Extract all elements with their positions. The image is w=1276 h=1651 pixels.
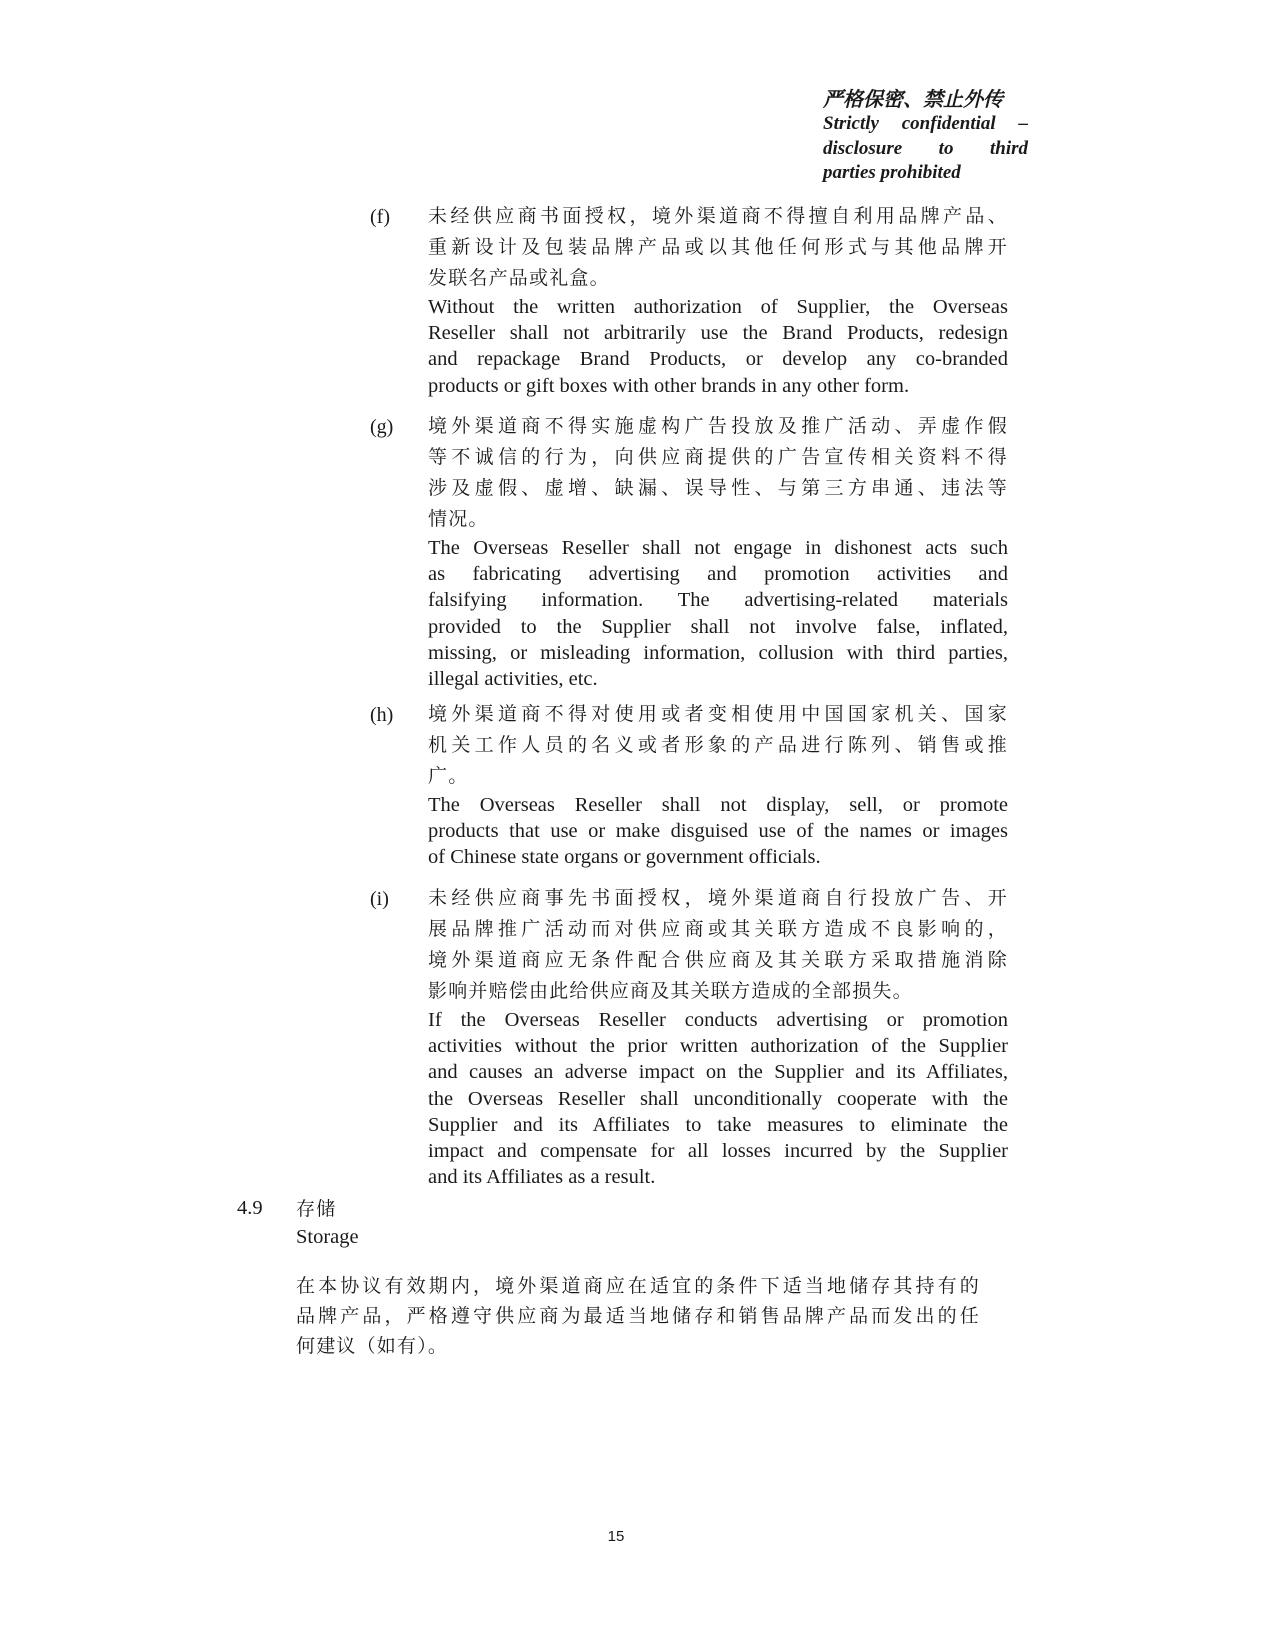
- clause-i-en-line: the Overseas Reseller shall unconditiona…: [428, 1086, 1008, 1112]
- confidential-en-line-3: parties prohibited: [823, 161, 1028, 186]
- clause-i-en-line: and causes an adverse impact on the Supp…: [428, 1059, 1008, 1085]
- clause-g-en-line: illegal activities, etc.: [428, 666, 1008, 692]
- clause-i-en-line: If the Overseas Reseller conducts advert…: [428, 1007, 1008, 1033]
- clause-f-en-line: Reseller shall not arbitrarily use the B…: [428, 320, 1008, 346]
- page-number: 15: [0, 1528, 1232, 1545]
- clause-i-label: (i): [370, 888, 389, 911]
- clause-h-en-line: The Overseas Reseller shall not display,…: [428, 792, 1008, 818]
- clause-h-en-line: of Chinese state organs or government of…: [428, 844, 1008, 870]
- clause-i-cn-line: 未经供应商事先书面授权，境外渠道商自行投放广告、开: [428, 883, 1008, 914]
- clause-g-cn-line: 境外渠道商不得实施虚构广告投放及推广活动、弄虚作假: [428, 411, 1008, 442]
- section-body-line: 何建议（如有）。: [296, 1331, 980, 1361]
- clause-g-en-line: The Overseas Reseller shall not engage i…: [428, 535, 1008, 561]
- clause-g-cn-line: 情况。: [428, 504, 1008, 535]
- clause-i-cn-line: 影响并赔偿由此给供应商及其关联方造成的全部损失。: [428, 976, 1008, 1007]
- clause-g-en-line: missing, or misleading information, coll…: [428, 640, 1008, 666]
- confidentiality-notice: 严格保密、禁止外传 Strictly confidential – disclo…: [823, 86, 1028, 186]
- clause-h-cn-line: 机关工作人员的名义或者形象的产品进行陈列、销售或推: [428, 730, 1008, 761]
- clause-f-cn-line: 未经供应商书面授权，境外渠道商不得擅自利用品牌产品、: [428, 201, 1008, 232]
- confidential-cn: 严格保密、禁止外传: [823, 86, 1028, 112]
- clause-g-en-line: falsifying information. The advertising-…: [428, 587, 1008, 613]
- clause-i-cn-line: 境外渠道商应无条件配合供应商及其关联方采取措施消除: [428, 945, 1008, 976]
- clause-g-cn-line: 等不诚信的行为，向供应商提供的广告宣传相关资料不得: [428, 442, 1008, 473]
- clause-i-en-line: activities without the prior written aut…: [428, 1033, 1008, 1059]
- clause-f-cn-line: 重新设计及包装品牌产品或以其他任何形式与其他品牌开: [428, 232, 1008, 263]
- clause-i: 未经供应商事先书面授权，境外渠道商自行投放广告、开 展品牌推广活动而对供应商或其…: [428, 883, 1008, 1190]
- clause-g-cn-line: 涉及虚假、虚增、缺漏、误导性、与第三方串通、违法等: [428, 473, 1008, 504]
- clause-f-en-line: products or gift boxes with other brands…: [428, 373, 1008, 399]
- clause-h-cn-line: 广。: [428, 761, 1008, 792]
- clause-i-en-line: impact and compensate for all losses inc…: [428, 1138, 1008, 1164]
- section-title-en: Storage: [296, 1223, 359, 1251]
- clause-i-en-line: Supplier and its Affiliates to take meas…: [428, 1112, 1008, 1138]
- clause-g: 境外渠道商不得实施虚构广告投放及推广活动、弄虚作假 等不诚信的行为，向供应商提供…: [428, 411, 1008, 692]
- clause-i-cn-line: 展品牌推广活动而对供应商或其关联方造成不良影响的，: [428, 914, 1008, 945]
- clause-g-label: (g): [370, 416, 393, 439]
- clause-f: 未经供应商书面授权，境外渠道商不得擅自利用品牌产品、 重新设计及包装品牌产品或以…: [428, 201, 1008, 399]
- clause-g-en-line: as fabricating advertising and promotion…: [428, 561, 1008, 587]
- section-title-cn: 存储: [296, 1195, 359, 1223]
- confidential-en-line-2: disclosure to third: [823, 137, 1028, 162]
- clause-f-cn-line: 发联名产品或礼盒。: [428, 263, 1008, 294]
- section-body-line: 在本协议有效期内，境外渠道商应在适宜的条件下适当地储存其持有的: [296, 1271, 980, 1301]
- clause-h-cn-line: 境外渠道商不得对使用或者变相使用中国国家机关、国家: [428, 699, 1008, 730]
- clause-f-label: (f): [370, 206, 390, 229]
- section-heading: 存储 Storage: [296, 1195, 359, 1251]
- clause-f-en-line: and repackage Brand Products, or develop…: [428, 346, 1008, 372]
- clause-f-en-line: Without the written authorization of Sup…: [428, 294, 1008, 320]
- clause-h-en-line: products that use or make disguised use …: [428, 818, 1008, 844]
- section-number: 4.9: [237, 1197, 263, 1220]
- section-body-line: 品牌产品，严格遵守供应商为最适当地储存和销售品牌产品而发出的任: [296, 1301, 980, 1331]
- clause-i-en-line: and its Affiliates as a result.: [428, 1164, 1008, 1190]
- clause-g-en-line: provided to the Supplier shall not invol…: [428, 614, 1008, 640]
- confidential-en-line-1: Strictly confidential –: [823, 112, 1028, 137]
- clause-h: 境外渠道商不得对使用或者变相使用中国国家机关、国家 机关工作人员的名义或者形象的…: [428, 699, 1008, 871]
- clause-h-label: (h): [370, 704, 393, 727]
- section-body: 在本协议有效期内，境外渠道商应在适宜的条件下适当地储存其持有的 品牌产品，严格遵…: [296, 1271, 980, 1361]
